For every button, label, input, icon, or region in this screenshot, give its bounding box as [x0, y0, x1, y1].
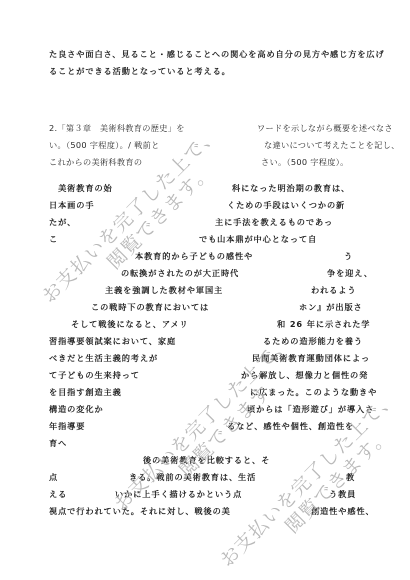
- answer-text-right: 主に手法を教えるものであっ: [215, 217, 333, 227]
- answer-text-left: そして戦後になると、アメリ: [71, 319, 189, 329]
- answer-text-right: われるよう: [311, 285, 356, 295]
- answer-text-left: の転換がされたのが大正時代: [121, 268, 239, 278]
- question-text-right: な違いについて考えたことを記し、: [264, 140, 400, 150]
- answer-text-left: 本教育的から子どもの感性や: [135, 251, 253, 261]
- answer-text-left: える: [49, 489, 67, 499]
- document-page: た良さや面白さ、見ること・感じることへの関心を高め自分の見方や感じ方を広げ るこ…: [0, 0, 410, 580]
- question-text-left: 2.「第３章 美術科教育の歴史」を: [49, 123, 185, 133]
- answer-text-left: 点: [49, 472, 58, 482]
- paragraph-line: た良さや面白さ、見ること・感じることへの関心を高め自分の見方や感じ方を広げ: [49, 49, 385, 59]
- question-text-left: これからの美術科教育の: [49, 157, 142, 167]
- answer-text-left: て子どもの生来持って: [49, 370, 140, 380]
- answer-text-right: 和 26 年に示された学: [277, 319, 370, 329]
- answer-text-left: べきだと生活主義的考えが: [49, 353, 158, 363]
- answer-text-left: 習指導要領試案において、家庭: [49, 336, 176, 346]
- paragraph-line: ることができる活動となっていると考える。: [49, 66, 231, 76]
- answer-text-right: ホン』が出版さ: [299, 302, 363, 312]
- question-text-right: さい。（500 字程度）。: [261, 157, 349, 167]
- answer-text-left: を目指す創造主義: [49, 387, 122, 397]
- answer-text-left: 主義を強調した教材や軍国主: [105, 285, 223, 295]
- answer-text-right: くための手段はいくつかの新: [227, 200, 345, 210]
- answer-text-right: 争を迎え、: [327, 268, 373, 278]
- answer-text-left: 育へ: [49, 438, 67, 448]
- question-text-left: い。（500 字程度）。/ 戦前と: [49, 140, 160, 150]
- answer-text-left: 日本画の手: [49, 200, 94, 210]
- answer-text-left: 美術教育の始: [49, 183, 113, 193]
- answer-text-right: う: [344, 251, 353, 261]
- answer-text-left: 構造の変化か: [49, 404, 104, 414]
- answer-text-right: 科になった明治期の教育は、: [232, 183, 350, 193]
- answer-text-right: でも山本鼎が中心となって自: [199, 234, 317, 244]
- watermark-text: お支払いを完了した上で、: [38, 123, 223, 308]
- answer-text-left: 年指導要: [49, 421, 85, 431]
- question-text-right: ワードを示しながら概要を述べなさ: [257, 123, 393, 133]
- answer-text-left: この戦時下の教育においては: [91, 302, 209, 312]
- answer-text-left: たが、: [49, 217, 76, 227]
- answer-text-left: こ: [49, 234, 58, 244]
